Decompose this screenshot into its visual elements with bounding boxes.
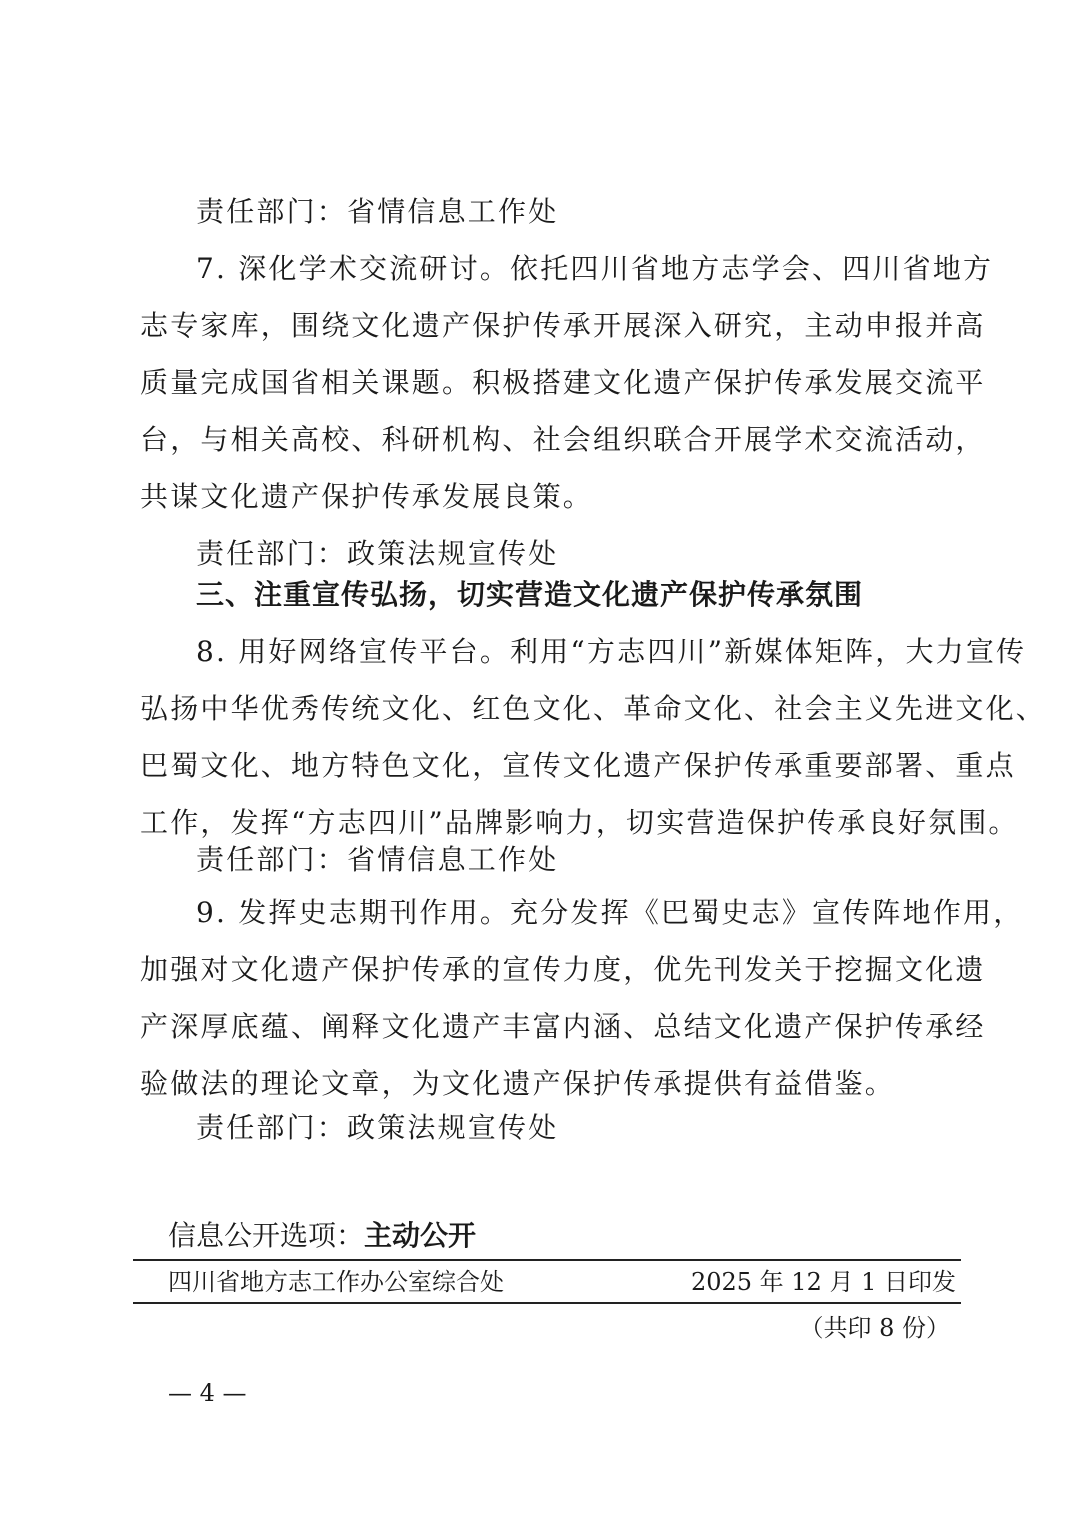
issuing-office: 四川省地方志工作办公室综合处 (168, 1265, 504, 1299)
paragraph-line: 工作，发挥“方志四川”品牌影响力，切实营造保护传承良好氛围。 (140, 803, 960, 843)
info-disclosure-value: 主动公开 (364, 1219, 476, 1252)
paragraph-line: 加强对文化遗产保护传承的宣传力度，优先刊发关于挖掘文化遗 (140, 950, 960, 990)
paragraph-line: 产深厚底蕴、阐释文化遗产丰富内涵、总结文化遗产保护传承经 (140, 1007, 960, 1047)
paragraph-line: 台，与相关高校、科研机构、社会组织联合开展学术交流活动， (140, 420, 960, 460)
responsible-dept-line: 责任部门：省情信息工作处 (196, 840, 1016, 880)
item-7-title-line: 7. 深化学术交流研讨。依托四川省地方志学会、四川省地方 (196, 249, 1016, 289)
item-9-title-line: 9. 发挥史志期刊作用。充分发挥《巴蜀史志》宣传阵地作用， (196, 893, 1016, 933)
paragraph-line: 巴蜀文化、地方特色文化，宣传文化遗产保护传承重要部署、重点 (140, 746, 960, 786)
document-page: 责任部门：省情信息工作处 7. 深化学术交流研讨。依托四川省地方志学会、四川省地… (0, 0, 1080, 1527)
page-number: — 4 — (168, 1376, 247, 1410)
responsible-dept-line: 责任部门：省情信息工作处 (196, 192, 1016, 232)
paragraph-line: 志专家库，围绕文化遗产保护传承开展深入研究，主动申报并高 (140, 306, 960, 346)
paragraph-line: 弘扬中华优秀传统文化、红色文化、革命文化、社会主义先进文化、 (140, 689, 960, 729)
footer-bottom-rule (133, 1302, 961, 1304)
paragraph-line: 共谋文化遗产保护传承发展良策。 (140, 477, 960, 517)
responsible-dept-line: 责任部门：政策法规宣传处 (196, 1108, 1016, 1148)
paragraph-line: 质量完成国省相关课题。积极搭建文化遗产保护传承发展交流平 (140, 363, 960, 403)
footer-top-rule (133, 1259, 961, 1261)
info-disclosure-label: 信息公开选项： (168, 1219, 364, 1252)
copies-count: （共印 8 份） (799, 1311, 950, 1345)
responsible-dept-line: 责任部门：政策法规宣传处 (196, 534, 1016, 574)
issue-date: 2025 年 12 月 1 日印发 (691, 1265, 956, 1299)
section-heading: 三、注重宣传弘扬，切实营造文化遗产保护传承氛围 (196, 575, 1016, 615)
item-8-title-line: 8. 用好网络宣传平台。利用“方志四川”新媒体矩阵，大力宣传 (196, 632, 1016, 672)
info-disclosure-option: 信息公开选项：主动公开 (168, 1216, 476, 1256)
paragraph-line: 验做法的理论文章，为文化遗产保护传承提供有益借鉴。 (140, 1064, 960, 1104)
